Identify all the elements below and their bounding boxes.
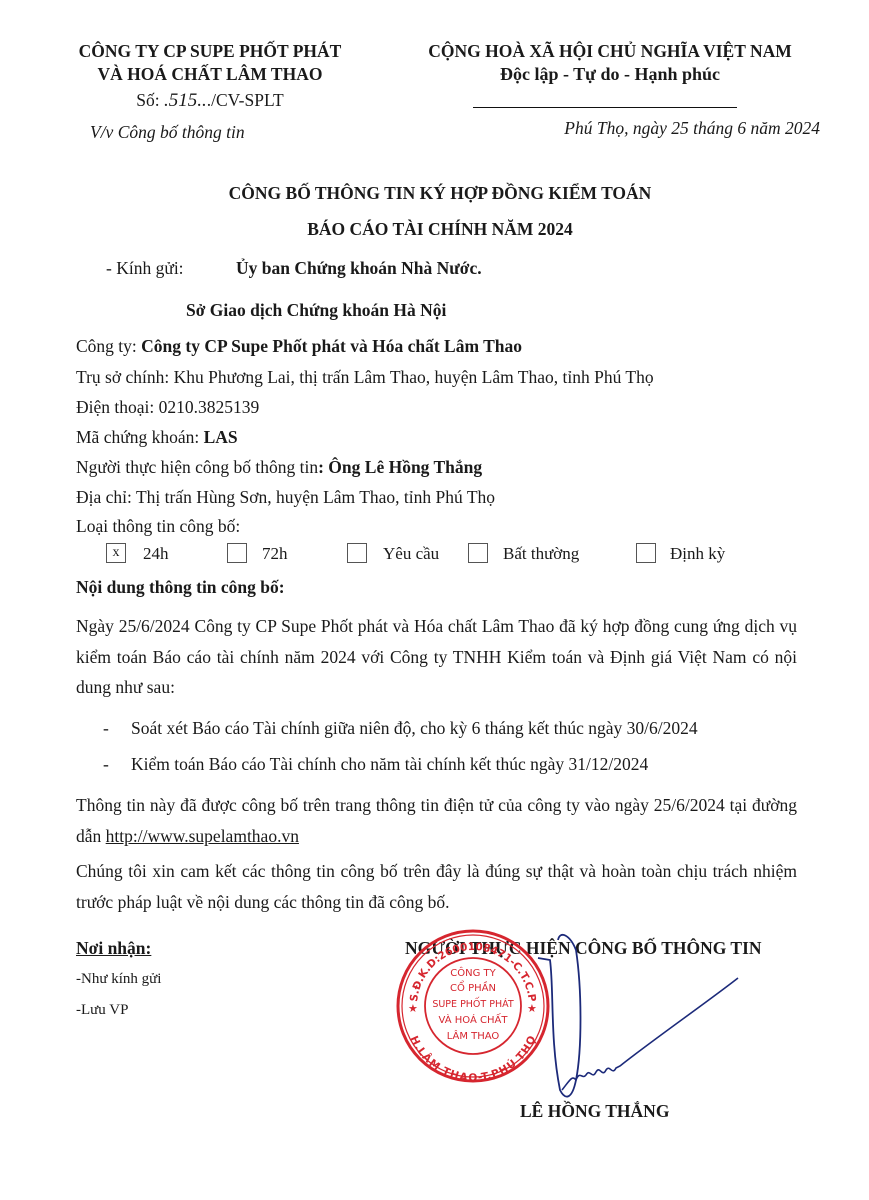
discloser-line: Người thực hiện công bố thông tin: Ông L… (76, 456, 482, 478)
seal-inner-line-1: CÔNG TY (450, 966, 496, 979)
recipients-heading: Nơi nhận: (76, 938, 151, 959)
company-seal-icon: S.Đ.K.D:2600108471-C.T.C.P H.LÂM THAO-T.… (395, 928, 551, 1084)
national-header: CỘNG HOÀ XÃ HỘI CHỦ NGHĨA VIỆT NAM Độc l… (400, 40, 820, 86)
national-motto: Độc lập - Tự do - Hạnh phúc (400, 63, 820, 86)
issuer-name-line2: VÀ HOÁ CHẤT LÂM THAO (60, 63, 360, 86)
bullet-item-2: Kiểm toán Báo cáo Tài chính cho năm tài … (131, 753, 648, 775)
checkbox-24h[interactable]: x (106, 543, 126, 563)
document-title-line1: CÔNG BỐ THÔNG TIN KÝ HỢP ĐỒNG KIỂM TOÁN (60, 183, 820, 204)
recipient-list-item-1: -Như kính gửi (76, 971, 161, 988)
discloser-name: : Ông Lê Hồng Thắng (318, 457, 482, 477)
content-heading: Nội dung thông tin công bố: (76, 576, 285, 598)
seal-inner-line-4: VÀ HOÁ CHẤT (439, 1012, 509, 1026)
content-paragraph-2: Thông tin này đã được công bố trên trang… (76, 790, 797, 851)
checkbox-request-label: Yêu cầu (383, 544, 439, 564)
checkbox-extraordinary[interactable] (468, 543, 488, 563)
bullet-item-1: Soát xét Báo cáo Tài chính giữa niên độ,… (131, 717, 698, 739)
address-line: Địa chỉ: Thị trấn Hùng Sơn, huyện Lâm Th… (76, 486, 495, 508)
bullet-mark-2: - (103, 753, 109, 775)
signature-icon (520, 930, 800, 1100)
checkbox-periodic[interactable] (636, 543, 656, 563)
bullet-mark-1: - (103, 717, 109, 739)
seal-inner-line-2: CỔ PHẦN (450, 979, 496, 994)
handwritten-number: .515.. (164, 90, 207, 111)
ticker-line: Mã chứng khoán: LAS (76, 426, 238, 448)
checkbox-24h-label: 24h (143, 544, 169, 564)
subject-line: V/v Công bố thông tin (60, 121, 360, 144)
content-paragraph-3: Chúng tôi xin cam kết các thông tin công… (76, 856, 797, 917)
issuer-name-line1: CÔNG TY CP SUPE PHỐT PHÁT (60, 40, 360, 63)
content-paragraph-1: Ngày 25/6/2024 Công ty CP Supe Phốt phát… (76, 611, 797, 703)
website-link[interactable]: http://www.supelamthao.vn (106, 826, 299, 846)
recipient-2: Sở Giao dịch Chứng khoán Hà Nội (186, 299, 446, 321)
place-date: Phú Thọ, ngày 25 tháng 6 năm 2024 (400, 118, 820, 139)
checkbox-extraordinary-label: Bất thường (503, 544, 579, 564)
document-number: Số: .515.../CV-SPLT (60, 89, 360, 112)
ticker-value: LAS (204, 427, 238, 447)
company-line: Công ty: Công ty CP Supe Phốt phát và Hó… (76, 335, 522, 357)
info-type-label: Loại thông tin công bố: (76, 515, 240, 537)
recipient-label: - Kính gửi: (106, 257, 184, 279)
headquarters-line: Trụ sở chính: Khu Phương Lai, thị trấn L… (76, 366, 654, 388)
checkbox-72h[interactable] (227, 543, 247, 563)
phone-line: Điện thoại: 0210.3825139 (76, 396, 259, 418)
recipient-1: Ủy ban Chứng khoán Nhà Nước. (236, 257, 482, 279)
company-name: Công ty CP Supe Phốt phát và Hóa chất Lâ… (141, 336, 522, 356)
seal-inner-line-3: SUPE PHỐT PHÁT (432, 997, 514, 1010)
checkbox-72h-label: 72h (262, 544, 288, 564)
checkbox-periodic-label: Định kỳ (670, 544, 725, 564)
document-title-line2: BÁO CÁO TÀI CHÍNH NĂM 2024 (60, 219, 820, 240)
seal-star-right-icon: ★ (527, 1003, 537, 1015)
checkbox-request[interactable] (347, 543, 367, 563)
seal-star-left-icon: ★ (408, 1003, 418, 1015)
issuer-block: CÔNG TY CP SUPE PHỐT PHÁT VÀ HOÁ CHẤT LÂ… (60, 40, 360, 144)
signer-name: LÊ HỒNG THẮNG (520, 1101, 669, 1122)
motto-underline (473, 107, 737, 108)
nation-title: CỘNG HOÀ XÃ HỘI CHỦ NGHĨA VIỆT NAM (400, 40, 820, 63)
seal-inner-line-5: LÂM THAO (447, 1029, 500, 1042)
recipient-list-item-2: -Lưu VP (76, 1002, 128, 1019)
